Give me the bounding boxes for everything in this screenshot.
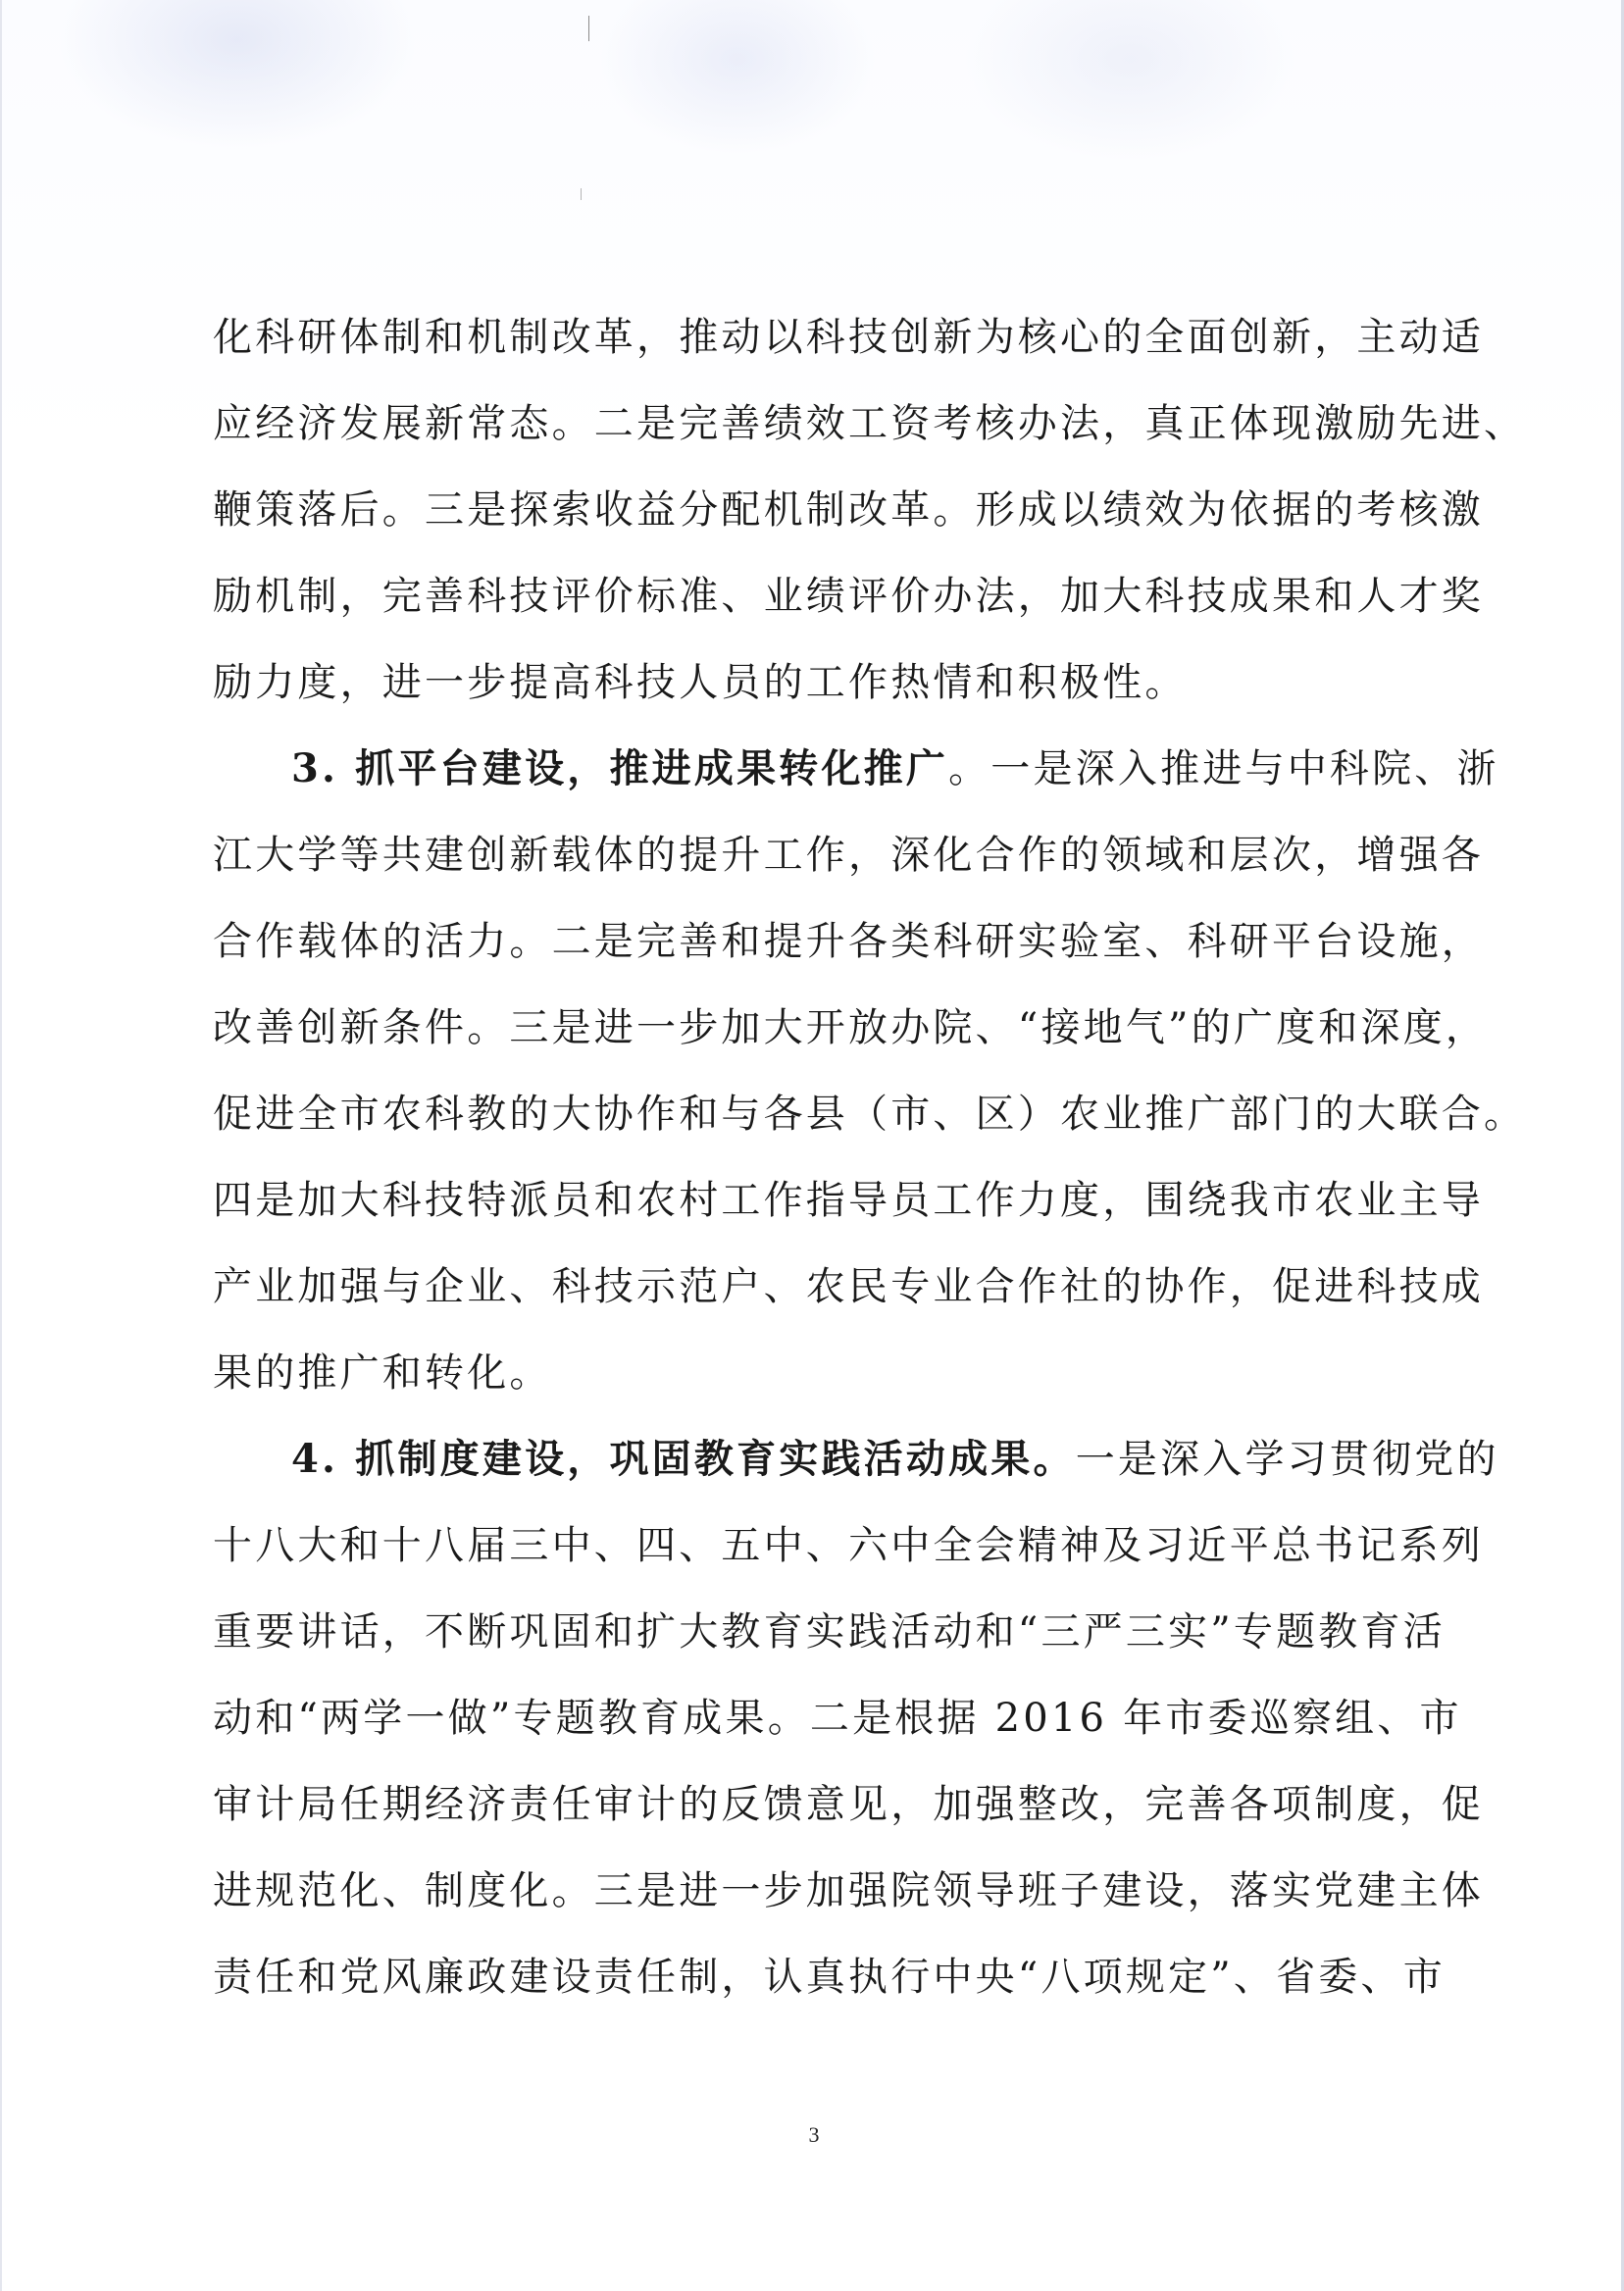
text-run: 。一是深入推进与中科院、浙 <box>948 746 1499 791</box>
text-line: 进规范化、制度化。三是进一步加强院领导班子建设，落实党建主体 <box>213 1848 1434 1934</box>
text-line: 动和“两学一做”专题教育成果。二是根据 2016 年市委巡察组、市 <box>213 1675 1434 1761</box>
text-line: 审计局任期经济责任审计的反馈意见，加强整改，完善各项制度，促 <box>213 1761 1434 1848</box>
text-line: 责任和党风廉政建设责任制，认真执行中央“八项规定”、省委、市 <box>213 1934 1434 2020</box>
text-line: 产业加强与企业、科技示范户、农民专业合作社的协作，促进科技成 <box>213 1244 1434 1330</box>
text-line: 四是加大科技特派员和农村工作指导员工作力度，围绕我市农业主导 <box>213 1157 1434 1244</box>
text-line: 重要讲话，不断巩固和扩大教育实践活动和“三严三实”专题教育活 <box>213 1589 1434 1675</box>
text-line: 合作载体的活力。二是完善和提升各类科研实验室、科研平台设施， <box>213 898 1434 985</box>
text-run: 一是深入学习贯彻党的 <box>1076 1437 1499 1482</box>
text-line: 改善创新条件。三是进一步加大开放办院、“接地气”的广度和深度， <box>213 985 1434 1071</box>
text-line: 应经济发展新常态。二是完善绩效工资考核办法，真正体现激励先进、 <box>213 381 1434 467</box>
body-text: 化科研体制和机制改革，推动以科技创新为核心的全面创新，主动适 应经济发展新常态。… <box>213 294 1434 2020</box>
section-heading-3: 3. 抓平台建设，推进成果转化推广 <box>291 745 948 791</box>
text-line: 励机制，完善科技评价标准、业绩评价办法，加大科技成果和人才奖 <box>213 553 1434 639</box>
text-line: 江大学等共建创新载体的提升工作，深化合作的领域和层次，增强各 <box>213 812 1434 898</box>
text-line: 鞭策落后。三是探索收益分配机制改革。形成以绩效为依据的考核激 <box>213 467 1434 553</box>
section-3-first-line: 3. 抓平台建设，推进成果转化推广。一是深入推进与中科院、浙 <box>213 726 1434 812</box>
text-line: 励力度，进一步提高科技人员的工作热情和积极性。 <box>213 639 1434 726</box>
scanned-page: 化科研体制和机制改革，推动以科技创新为核心的全面创新，主动适 应经济发展新常态。… <box>0 0 1624 2291</box>
scan-artifact-mark <box>588 16 589 41</box>
text-line: 促进全市农科教的大协作和与各县（市、区）农业推广部门的大联合。 <box>213 1071 1434 1157</box>
text-line: 化科研体制和机制改革，推动以科技创新为核心的全面创新，主动适 <box>213 294 1434 381</box>
section-heading-4: 4. 抓制度建设，巩固教育实践活动成果。 <box>291 1436 1076 1482</box>
text-line: 果的推广和转化。 <box>213 1330 1434 1416</box>
scan-artifact-mark <box>581 188 582 200</box>
text-line: 十八大和十八届三中、四、五中、六中全会精神及习近平总书记系列 <box>213 1502 1434 1589</box>
page-number: 3 <box>2 2122 1624 2148</box>
section-4-first-line: 4. 抓制度建设，巩固教育实践活动成果。一是深入学习贯彻党的 <box>213 1416 1434 1502</box>
